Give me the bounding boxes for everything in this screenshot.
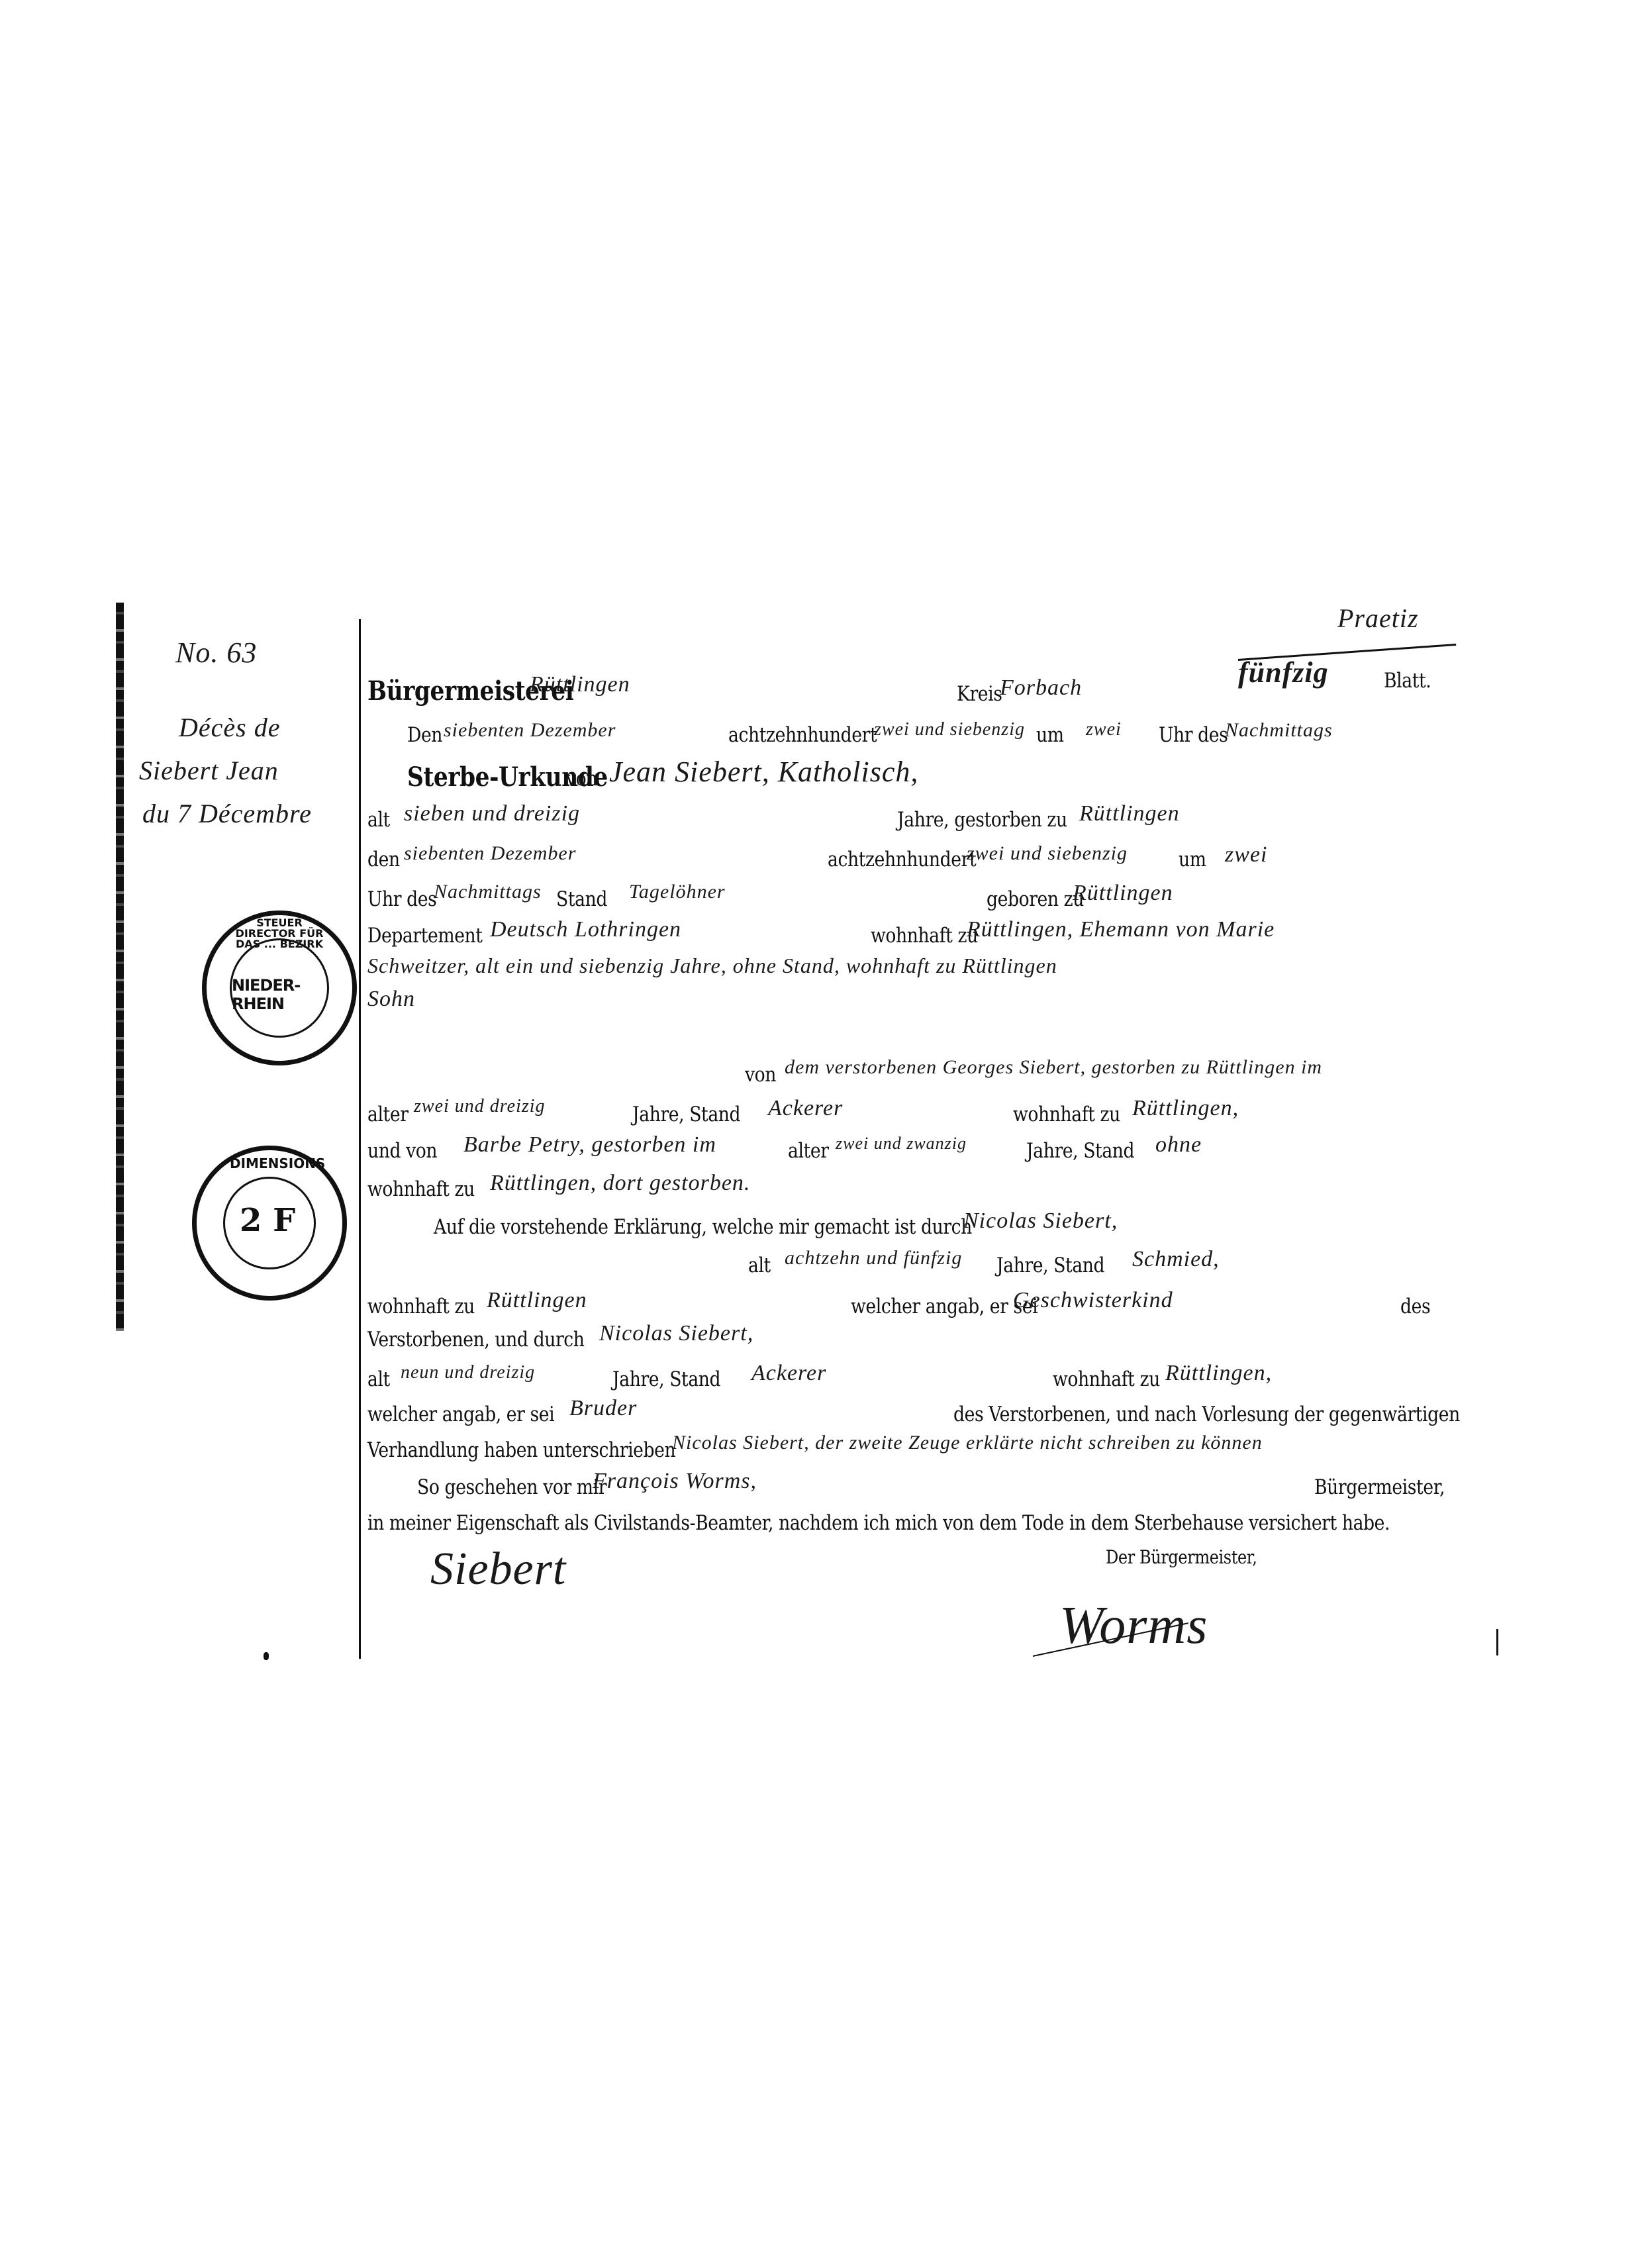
mother-residence: Rüttlingen, dort gestorben. [490, 1171, 750, 1196]
residence-value: Rüttlingen, Ehemann von Marie [967, 917, 1275, 942]
second-years-label: Jahre, Stand [612, 1367, 720, 1391]
father-age: zwei und dreizig [414, 1096, 546, 1117]
death-hour: zwei [1225, 842, 1267, 867]
margin-rule [359, 619, 361, 1659]
municipality-value: Rüttlingen [530, 672, 630, 697]
district-label: Kreis [957, 682, 1002, 706]
line1-hour: zwei [1086, 719, 1122, 740]
mother-age-label: alter [788, 1139, 829, 1163]
born-place: Rüttlingen [1073, 881, 1173, 906]
first-age: achtzehn und fünfzig [785, 1247, 962, 1269]
dimension-stamp-ring: DIMENSIONS [230, 1156, 325, 1171]
father-age-label: alter [367, 1103, 409, 1126]
closing-statement: in meiner Eigenschaft als Civilstands-Be… [367, 1511, 1390, 1535]
des-label: des [1400, 1295, 1430, 1318]
signed-label: Verhandlung haben unterschrieben [367, 1438, 675, 1462]
line1-year: zwei und siebenzig [874, 719, 1025, 740]
line1-date: siebenten Dezember [444, 719, 616, 742]
second-age-label: alt [367, 1367, 390, 1391]
death-at: um [1179, 848, 1206, 871]
second-relation: Bruder [569, 1396, 637, 1421]
line1-time-of-day: Nachmittags [1225, 719, 1333, 742]
district-value: Forbach [1000, 675, 1082, 701]
mother-prefix: und von [367, 1139, 437, 1163]
margin-note-line-3: du 7 Décembre [142, 798, 312, 829]
death-time-label: Uhr des [367, 887, 436, 911]
father-prefix: von [745, 1063, 776, 1087]
page-annotation: Praetiz [1337, 603, 1419, 634]
death-date-prefix: den [367, 848, 400, 871]
record-number: No. 63 [175, 636, 257, 669]
death-year: zwei und siebenzig [967, 842, 1128, 865]
first-residence: Rüttlingen [487, 1288, 587, 1313]
mayor-name: François Worms, [593, 1469, 757, 1494]
witness-signature: Siebert [430, 1543, 566, 1596]
ink-speck [264, 1652, 269, 1660]
father-text: dem verstorbenen Georges Siebert, gestor… [785, 1056, 1322, 1079]
declarants-intro: Auf die vorstehende Erklärung, welche mi… [434, 1215, 972, 1239]
sheet-number: fünfzig [1238, 656, 1329, 689]
age-value: sieben und dreizig [404, 801, 580, 826]
tax-stamp-center: NIEDER-RHEIN [232, 976, 352, 1013]
margin-note-line-1: Décès de [179, 712, 280, 743]
status-label: Stand [556, 887, 607, 911]
spouse-line: Schweitzer, alt ein und siebenzig Jahre,… [367, 954, 1057, 978]
mayor-signature-label: Der Bürgermeister, [1106, 1546, 1257, 1568]
department-value: Deutsch Lothringen [490, 917, 681, 942]
tax-stamp: NIEDER-RHEIN STEUER DIRECTOR FÜR DAS ...… [202, 911, 357, 1065]
second-age: neun und dreizig [401, 1362, 535, 1383]
son-word: Sohn [367, 987, 415, 1012]
dimension-stamp-value: 2 F [240, 1202, 295, 1239]
line1-prefix: Den [407, 723, 442, 747]
deceased-name: Jean Siebert, Katholisch, [609, 755, 918, 789]
second-declarant-name: Nicolas Siebert, [599, 1321, 753, 1346]
father-residence-label: wohnhaft zu [1013, 1103, 1120, 1126]
age-label: alt [367, 808, 390, 832]
death-date: siebenten Dezember [404, 842, 576, 865]
tax-stamp-ring: STEUER DIRECTOR FÜR DAS ... BEZIRK [233, 918, 326, 950]
second-relation-label: welcher angab, er sei [367, 1403, 554, 1426]
father-status: Ackerer [768, 1096, 843, 1121]
mother-age: zwei und zwanzig [836, 1134, 967, 1154]
binding-edge [116, 603, 124, 1331]
death-time-of-day: Nachmittags [434, 881, 542, 903]
mother-text: Barbe Petry, gestorben im [463, 1132, 716, 1158]
dimension-stamp: DIMENSIONS 2 F [192, 1146, 347, 1301]
first-status: Schmied, [1132, 1247, 1220, 1272]
died-label: Jahre, gestorben zu [897, 808, 1067, 832]
second-status: Ackerer [751, 1361, 826, 1386]
department-label: Departement [367, 924, 483, 948]
residence-label: wohnhaft zu [871, 924, 978, 948]
deceased-label: Verstorbenen, und durch [367, 1328, 585, 1352]
mayor-title: Bürgermeister, [1314, 1475, 1445, 1499]
ink-mark [1496, 1629, 1498, 1655]
margin-note-line-2: Siebert Jean [139, 755, 279, 786]
father-years-label: Jahre, Stand [632, 1103, 740, 1126]
mayor-signature: Worms [1059, 1596, 1208, 1656]
first-residence-label: wohnhaft zu [367, 1295, 475, 1318]
first-age-label: alt [748, 1254, 771, 1277]
death-century: achtzehnhundert [828, 848, 976, 871]
first-relation: Geschwisterkind [1013, 1288, 1173, 1313]
mother-years-label: Jahre, Stand [1026, 1139, 1134, 1163]
line1-century: achtzehnhundert [728, 723, 877, 747]
title-of: von [566, 767, 597, 791]
father-residence: Rüttlingen, [1132, 1096, 1239, 1121]
mother-residence-label: wohnhaft zu [367, 1177, 475, 1201]
first-declarant-name: Nicolas Siebert, [963, 1208, 1118, 1234]
line1-time-label: Uhr des [1159, 723, 1228, 747]
status-value: Tagelöhner [629, 881, 726, 903]
mother-status: ohne [1155, 1132, 1202, 1158]
first-relation-label: welcher angab, er sei [851, 1295, 1038, 1318]
born-label: geboren zu [987, 887, 1084, 911]
first-years-label: Jahre, Stand [996, 1254, 1104, 1277]
sheet-label: Blatt. [1384, 669, 1431, 693]
done-before: So geschehen vor mir [417, 1475, 606, 1499]
signed-value: Nicolas Siebert, der zweite Zeuge erklär… [672, 1432, 1263, 1454]
second-residence-label: wohnhaft zu [1053, 1367, 1160, 1391]
after-reading: des Verstorbenen, und nach Vorlesung der… [953, 1403, 1460, 1426]
second-residence: Rüttlingen, [1165, 1361, 1272, 1386]
died-place: Rüttlingen [1079, 801, 1180, 826]
line1-at: um [1036, 723, 1064, 747]
